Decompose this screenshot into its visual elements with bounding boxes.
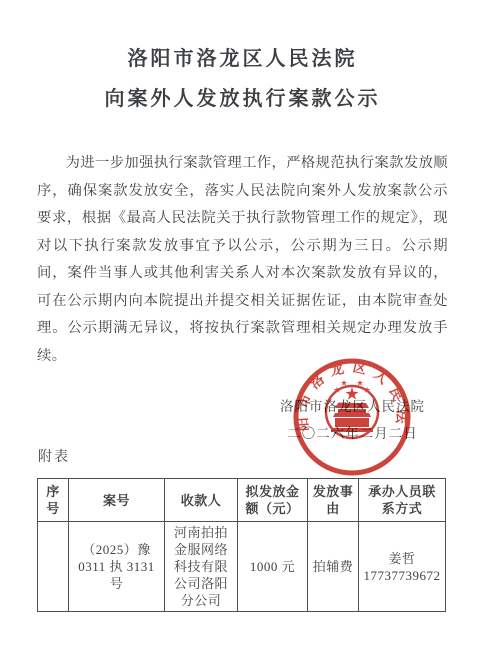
col-header-index: 序号 bbox=[38, 479, 69, 522]
attachment-table-label: 附表 bbox=[38, 446, 70, 466]
col-header-contact: 承办人员联系方式 bbox=[359, 479, 446, 522]
cell-case-number: （2025）豫 0311 执 3131 号 bbox=[69, 522, 165, 612]
col-header-payee: 收款人 bbox=[165, 479, 238, 522]
cell-index bbox=[38, 522, 69, 612]
cell-contact: 姜哲 17737739672 bbox=[359, 522, 446, 612]
table-header-row: 序号 案号 收款人 拟发放金额（元） 发放事由 承办人员联系方式 bbox=[38, 479, 446, 522]
cell-reason: 拍辅费 bbox=[308, 522, 359, 612]
col-header-amount: 拟发放金额（元） bbox=[238, 479, 308, 522]
court-seal-stamp: 洛阳市洛龙区人民法院 bbox=[287, 352, 417, 482]
national-emblem-icon bbox=[326, 380, 378, 438]
col-header-case-number: 案号 bbox=[69, 479, 165, 522]
document-title-subject: 向案外人发放执行案款公示 bbox=[0, 82, 485, 111]
cell-payee: 河南拍拍金服网络科技有限公司洛阳分公司 bbox=[165, 522, 238, 612]
court-notice-page: 洛阳市洛龙区人民法院 向案外人发放执行案款公示 为进一步加强执行案款管理工作，严… bbox=[0, 0, 485, 650]
cell-amount: 1000 元 bbox=[238, 522, 308, 612]
col-header-reason: 发放事由 bbox=[308, 479, 359, 522]
document-title-court: 洛阳市洛龙区人民法院 bbox=[0, 42, 485, 71]
notice-body-paragraph: 为进一步加强执行案款管理工作，严格规范执行案款发放顺序，确保案款发放安全，落实人… bbox=[37, 150, 448, 370]
table-row: （2025）豫 0311 执 3131 号 河南拍拍金服网络科技有限公司洛阳分公… bbox=[38, 522, 446, 612]
payout-table: 序号 案号 收款人 拟发放金额（元） 发放事由 承办人员联系方式 （2025）豫… bbox=[37, 478, 446, 612]
